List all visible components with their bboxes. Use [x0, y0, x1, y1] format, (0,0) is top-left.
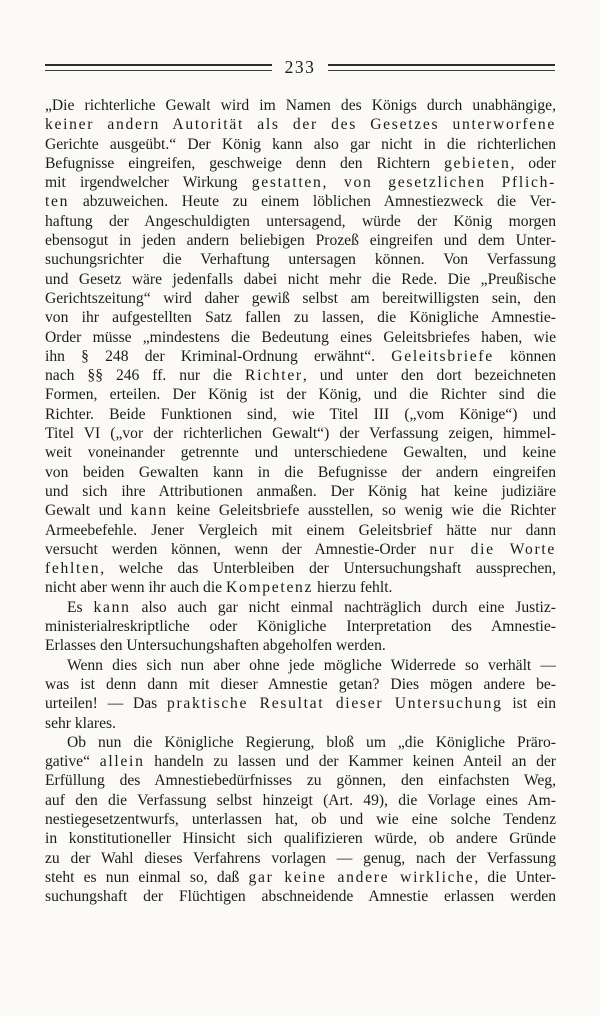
- text-line: in konstitutioneller Hinsicht sich quali…: [45, 829, 556, 848]
- text-line: Titel VI („vor der richterlichen Gewalt“…: [45, 424, 556, 443]
- plain-text: Richter. Beide Funktionen sind, wie Tite…: [45, 406, 556, 423]
- plain-text: Gewalt und: [45, 502, 131, 519]
- plain-text: keine Geleitsbriefe ausstellen, so wenig…: [168, 502, 556, 519]
- plain-text: Wenn dies sich nun aber ohne jede möglic…: [67, 657, 556, 674]
- header-rule-left: [45, 64, 272, 71]
- plain-text: ebensogut in jeden andern beliebigen Pro…: [45, 232, 556, 249]
- plain-text: , und unter den dort bezeichneten: [303, 367, 556, 384]
- text-line: steht es nun einmal so, daß gar keine an…: [45, 868, 556, 887]
- text-line: mit irgendwelcher Wirkung gestatten, von…: [45, 173, 556, 192]
- emphasized-text: Kompetenz: [226, 579, 313, 596]
- text-line: Order müsse „mindestens die Bedeutung ei…: [45, 328, 556, 347]
- plain-text: nestiegesetzentwurfs, unterlassen hat, o…: [45, 811, 556, 828]
- text-line: gative“ allein handeln zu lassen und der…: [45, 752, 556, 771]
- plain-text: Befugnisse eingreifen, geschweige denn d…: [45, 155, 444, 172]
- page-number: 233: [272, 59, 329, 77]
- text-line: nach §§ 246 ff. nur die Richter, und unt…: [45, 366, 556, 385]
- text-line: „Die richterliche Gewalt wird im Namen d…: [45, 96, 556, 115]
- plain-text: Formen, erteilen. Der König ist der Köni…: [45, 386, 556, 403]
- text-line: Armeebefehle. Jener Vergleich mit einem …: [45, 521, 556, 540]
- text-line: sehr klares.: [45, 714, 556, 733]
- emphasized-text: Geleitsbriefe: [391, 348, 494, 365]
- text-line: und sich ihre Attributionen anmaßen. Der…: [45, 482, 556, 501]
- plain-text: Erfüllung des Amnestiebedürfnisses zu gö…: [45, 772, 556, 789]
- text-line: Gewalt und kann keine Geleitsbriefe auss…: [45, 501, 556, 520]
- plain-text: nicht aber wenn ihr auch die: [45, 579, 226, 596]
- text-line: haftung der Angeschuldigten untersagend,…: [45, 212, 556, 231]
- plain-text: , die Unter-: [474, 869, 556, 886]
- text-line: suchungsrichter die Verhaftung untersage…: [45, 250, 556, 269]
- text-line: Gerichte ausgeübt.“ Der König kann also …: [45, 135, 556, 154]
- emphasized-text: gestatten, von gesetzlichen Pflich-: [252, 174, 556, 191]
- plain-text: hierzu fehlt.: [313, 579, 392, 596]
- plain-text: sehr klares.: [45, 715, 116, 732]
- emphasized-text: keiner andern Autorität als der des Gese…: [45, 116, 556, 133]
- text-line: ministerialreskriptliche oder Königliche…: [45, 617, 556, 636]
- text-line: Erfüllung des Amnestiebedürfnisses zu gö…: [45, 771, 556, 790]
- text-line: Formen, erteilen. Der König ist der Köni…: [45, 385, 556, 404]
- plain-text: also auch gar nicht einmal nachträglich …: [131, 599, 556, 616]
- plain-text: abzuweichen. Heute zu einem löblichen Am…: [69, 193, 556, 210]
- text-line: Befugnisse eingreifen, geschweige denn d…: [45, 154, 556, 173]
- plain-text: Gerichte ausgeübt.“ Der König kann also …: [45, 136, 556, 153]
- plain-text: Order müsse „mindestens die Bedeutung ei…: [45, 329, 556, 346]
- running-head: 233: [45, 54, 555, 80]
- text-line: fehlten, welche das Unterbleiben der Unt…: [45, 559, 556, 578]
- emphasized-text: ten: [45, 193, 69, 210]
- text-body: „Die richterliche Gewalt wird im Namen d…: [45, 96, 556, 906]
- plain-text: Es: [67, 599, 94, 616]
- text-line: ebensogut in jeden andern beliebigen Pro…: [45, 231, 556, 250]
- header-rule-right: [328, 64, 555, 71]
- plain-text: und sich ihre Attributionen anmaßen. Der…: [45, 483, 556, 500]
- plain-text: steht es nun einmal so, daß: [45, 869, 249, 886]
- plain-text: mit irgendwelcher Wirkung: [45, 174, 252, 191]
- emphasized-text: gebieten: [444, 155, 510, 172]
- plain-text: was ist denn dann mit dieser Amnestie ge…: [45, 676, 556, 693]
- emphasized-text: gar keine andere wirkliche: [249, 869, 475, 886]
- emphasized-text: nur die Worte: [429, 541, 556, 558]
- text-line: weit voneinander getrennte und unterschi…: [45, 443, 556, 462]
- text-line: Es kann also auch gar nicht einmal nacht…: [45, 598, 556, 617]
- plain-text: von ihr aufgestellten Satz fallen zu las…: [45, 309, 556, 326]
- plain-text: ist ein: [503, 695, 556, 712]
- text-line: Gerichtszeitung“ wird daher gewiß selbst…: [45, 289, 556, 308]
- plain-text: ihn § 248 der Kriminal-Ordnung erwähnt“.: [45, 348, 391, 365]
- plain-text: von beiden Gewalten kann in die Befugnis…: [45, 464, 556, 481]
- emphasized-text: allein: [100, 753, 145, 770]
- text-line: und Gesetz wäre jedenfalls dabei nicht m…: [45, 270, 556, 289]
- text-line: von ihr aufgestellten Satz fallen zu las…: [45, 308, 556, 327]
- emphasized-text: kann: [131, 502, 168, 519]
- text-line: Ob nun die Königliche Regierung, bloß um…: [45, 733, 556, 752]
- plain-text: „Die richterliche Gewalt wird im Namen d…: [45, 97, 556, 114]
- plain-text: haftung der Angeschuldigten untersagend,…: [45, 213, 556, 230]
- text-line: Wenn dies sich nun aber ohne jede möglic…: [45, 656, 556, 675]
- text-line: Erlasses den Untersuchungshaften abgehol…: [45, 636, 556, 655]
- plain-text: ministerialreskriptliche oder Königliche…: [45, 618, 556, 635]
- plain-text: auf den die Verfassung selbst hinzeigt (…: [45, 792, 556, 809]
- text-line: zu der Wahl dieses Verfahrens vorlagen —…: [45, 849, 556, 868]
- text-line: auf den die Verfassung selbst hinzeigt (…: [45, 791, 556, 810]
- plain-text: zu der Wahl dieses Verfahrens vorlagen —…: [45, 850, 556, 867]
- emphasized-text: Richter: [245, 367, 303, 384]
- emphasized-text: kann: [94, 599, 131, 616]
- text-line: von beiden Gewalten kann in die Befugnis…: [45, 463, 556, 482]
- text-line: versucht werden können, wenn der Amnesti…: [45, 540, 556, 559]
- plain-text: in konstitutioneller Hinsicht sich quali…: [45, 830, 556, 847]
- emphasized-text: fehlten: [45, 560, 100, 577]
- text-line: keiner andern Autorität als der des Gese…: [45, 115, 556, 134]
- plain-text: , oder: [510, 155, 556, 172]
- plain-text: suchungsrichter die Verhaftung untersage…: [45, 251, 556, 268]
- plain-text: weit voneinander getrennte und unterschi…: [45, 444, 556, 461]
- plain-text: Gerichtszeitung“ wird daher gewiß selbst…: [45, 290, 556, 307]
- text-line: urteilen! — Das praktische Resultat dies…: [45, 694, 556, 713]
- text-line: nicht aber wenn ihr auch die Kompetenz h…: [45, 578, 556, 597]
- text-line: ihn § 248 der Kriminal-Ordnung erwähnt“.…: [45, 347, 556, 366]
- plain-text: urteilen! — Das: [45, 695, 167, 712]
- plain-text: und Gesetz wäre jedenfalls dabei nicht m…: [45, 271, 556, 288]
- plain-text: gative“: [45, 753, 100, 770]
- text-line: Richter. Beide Funktionen sind, wie Tite…: [45, 405, 556, 424]
- plain-text: können: [494, 348, 556, 365]
- plain-text: , welche das Unterbleiben der Untersuchu…: [100, 560, 556, 577]
- emphasized-text: praktische Resultat dieser Untersuchung: [167, 695, 503, 712]
- plain-text: Armeebefehle. Jener Vergleich mit einem …: [45, 522, 556, 539]
- plain-text: versucht werden können, wenn der Amnesti…: [45, 541, 429, 558]
- plain-text: nach §§ 246 ff. nur die: [45, 367, 245, 384]
- plain-text: suchungshaft der Flüchtigen abschneidend…: [45, 888, 556, 905]
- plain-text: handeln zu lassen und der Kammer keinen …: [145, 753, 556, 770]
- text-line: suchungshaft der Flüchtigen abschneidend…: [45, 887, 556, 906]
- plain-text: Erlasses den Untersuchungshaften abgehol…: [45, 637, 386, 654]
- text-line: ten abzuweichen. Heute zu einem löbliche…: [45, 192, 556, 211]
- plain-text: Titel VI („vor der richterlichen Gewalt“…: [45, 425, 556, 442]
- book-page: 233 „Die richterliche Gewalt wird im Nam…: [0, 0, 600, 1016]
- plain-text: Ob nun die Königliche Regierung, bloß um…: [67, 734, 556, 751]
- text-line: was ist denn dann mit dieser Amnestie ge…: [45, 675, 556, 694]
- text-line: nestiegesetzentwurfs, unterlassen hat, o…: [45, 810, 556, 829]
